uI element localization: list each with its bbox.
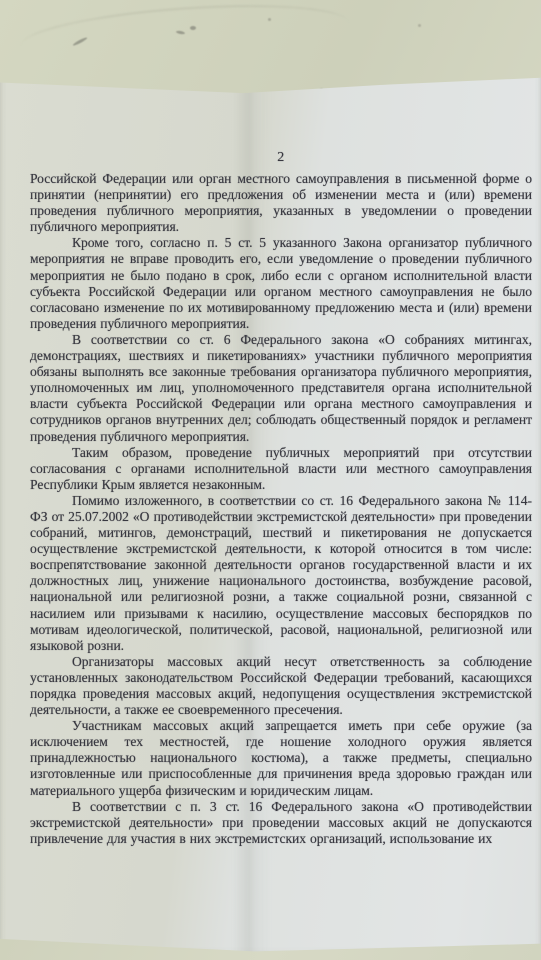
page-content: 2 Российской Федерации или орган местног… <box>30 150 532 847</box>
photo-frame: 2 Российской Федерации или орган местног… <box>0 0 541 960</box>
paragraph: Помимо изложенного, в соответствии со ст… <box>30 493 532 654</box>
surface-stain <box>190 26 196 30</box>
paragraph: В соответствии со ст. 6 Федерального зак… <box>30 332 532 445</box>
paragraph: Участникам массовых акций запрещается им… <box>30 718 532 798</box>
surface-stain <box>268 18 271 21</box>
document-body: Российской Федерации или орган местного … <box>30 171 532 847</box>
surface-stain <box>418 24 421 27</box>
paragraph: Кроме того, согласно п. 5 ст. 5 указанно… <box>30 235 532 332</box>
page-number: 2 <box>30 150 532 166</box>
surface-scratch <box>19 0 352 72</box>
paragraph: В соответствии с п. 3 ст. 16 Федеральног… <box>30 799 532 847</box>
paragraph: Российской Федерации или орган местного … <box>30 171 532 235</box>
paper-sheet: 2 Российской Федерации или орган местног… <box>0 0 541 960</box>
paragraph: Таким образом, проведение публичных меро… <box>30 445 532 493</box>
paragraph: Организаторы массовых акций несут ответс… <box>30 654 532 718</box>
